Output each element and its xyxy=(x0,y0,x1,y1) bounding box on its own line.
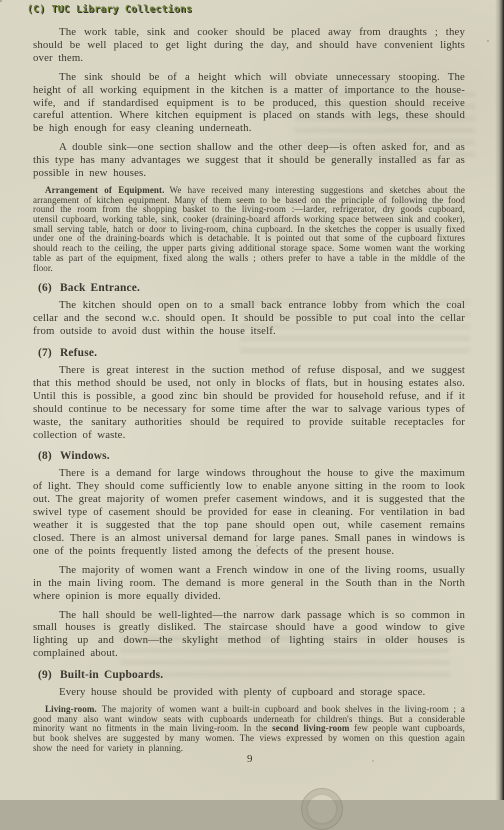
paragraph-refuse: There is great interest in the suction m… xyxy=(33,364,465,441)
paragraph-body: We have received many interesting sugges… xyxy=(33,185,465,273)
page-number: 9 xyxy=(247,753,253,765)
section-number: (9) xyxy=(38,669,60,681)
section-number: (6) xyxy=(38,282,60,294)
paragraph-hall-lighting: The hall should be well-lighted—the narr… xyxy=(33,609,465,661)
library-watermark: (C) TUC Library Collections xyxy=(27,4,192,15)
paragraph-arrangement-of-equipment: Arrangement of Equipment.We have receive… xyxy=(33,186,465,273)
paragraph-french-window: The majority of women want a French wind… xyxy=(33,564,465,603)
emphasized-phrase: second living-room xyxy=(272,723,349,733)
section-title: Refuse. xyxy=(60,347,97,359)
section-title: Built-in Cupboards. xyxy=(60,669,163,681)
paper-specks xyxy=(0,0,2,2)
body-text: The work table, sink and cooker should b… xyxy=(33,26,465,760)
section-heading-built-in-cupboards: (9)Built-in Cupboards. xyxy=(33,669,465,681)
paragraph-living-room: Living-room.The majority of women want a… xyxy=(33,705,465,754)
paragraph-windows-demand: There is a demand for large windows thro… xyxy=(33,467,465,557)
paragraph-lead-in: Living-room. xyxy=(45,704,97,714)
section-number: (7) xyxy=(38,347,60,359)
section-number: (8) xyxy=(38,450,60,462)
paragraph-double-sink: A double sink—one section shallow and th… xyxy=(33,141,465,180)
section-heading-back-entrance: (6)Back Entrance. xyxy=(33,282,465,294)
embossed-stamp xyxy=(301,788,343,800)
paragraph-work-table: The work table, sink and cooker should b… xyxy=(33,26,465,65)
paragraph-cupboard-space: Every house should be provided with plen… xyxy=(33,686,465,699)
section-heading-windows: (8)Windows. xyxy=(33,450,465,462)
section-title: Windows. xyxy=(60,450,110,462)
paragraph-back-entrance: The kitchen should open on to a small ba… xyxy=(33,299,465,338)
scan-edge-shadow xyxy=(495,0,504,800)
paragraph-lead-in: Arrangement of Equipment. xyxy=(45,185,164,195)
document-page: (C) TUC Library Collections The work tab… xyxy=(0,0,504,800)
section-title: Back Entrance. xyxy=(60,282,140,294)
section-heading-refuse: (7)Refuse. xyxy=(33,347,465,359)
paragraph-sink-height: The sink should be of a height which wil… xyxy=(33,71,465,136)
